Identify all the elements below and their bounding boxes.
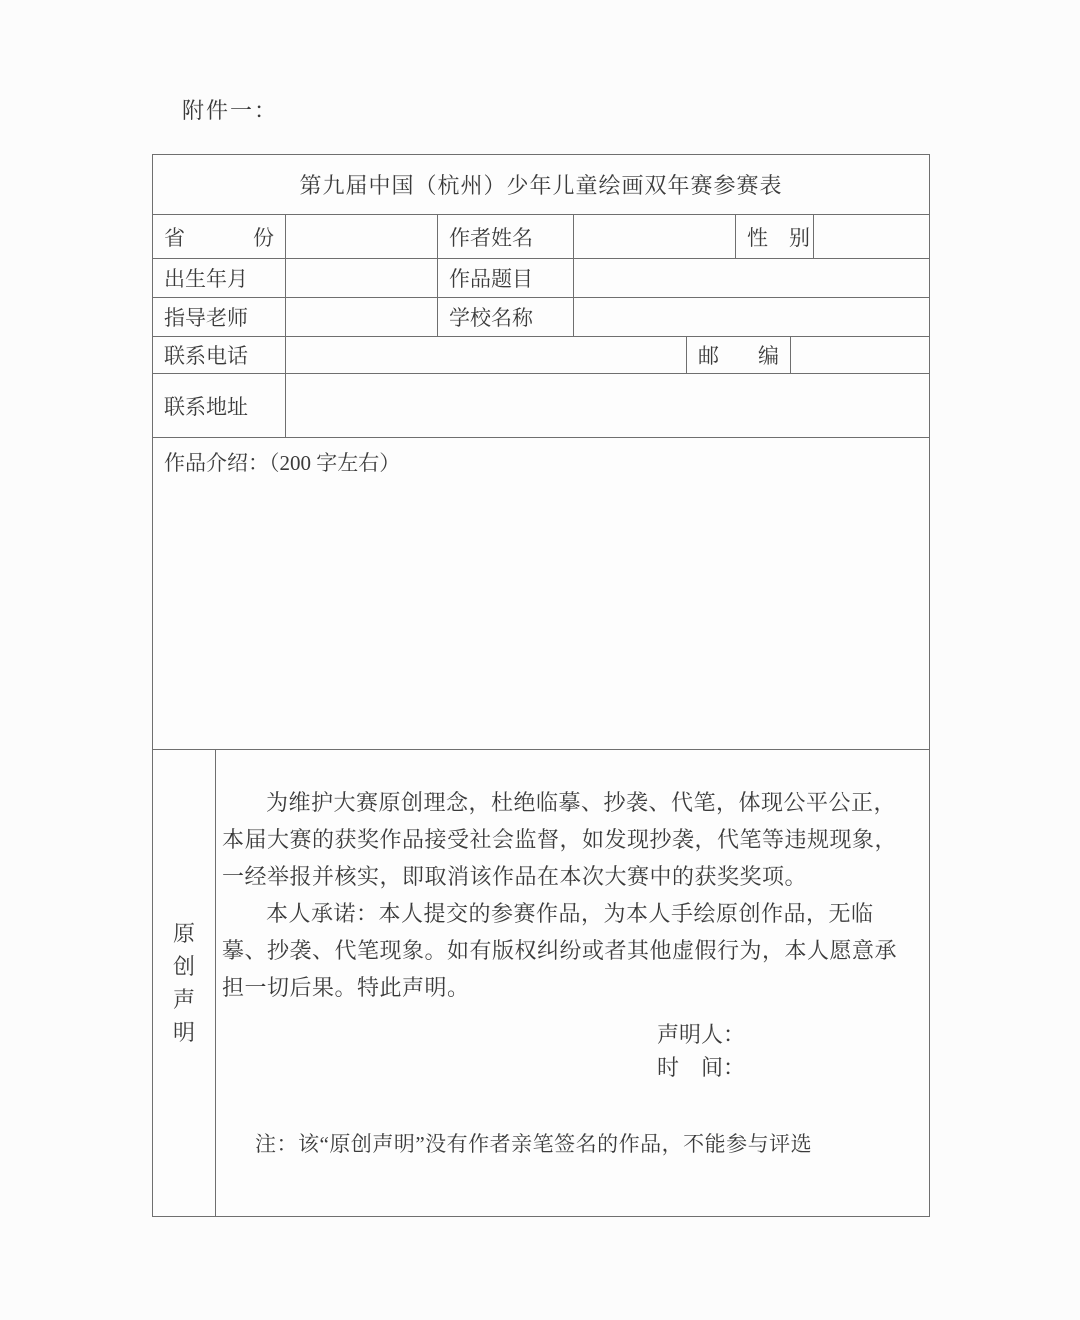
entry-form-table: 第九届中国（杭州）少年儿童绘画双年赛参赛表 省 份 作者姓名 性 别 出生年月 … [152,154,930,1217]
field-value-address[interactable] [286,374,929,437]
field-value-gender[interactable] [814,215,929,258]
row-phone-postal: 联系电话 邮 编 [153,337,929,374]
work-intro-area[interactable]: 作品介绍：（200 字左右） [153,438,929,749]
signer-label[interactable]: 声明人： [657,1018,911,1051]
field-value-postal-code[interactable] [791,337,929,373]
field-label-address: 联系地址 [153,374,286,437]
field-label-school-name: 学校名称 [438,298,574,336]
field-value-school-name[interactable] [574,298,929,336]
declaration-side-char: 声 [173,983,195,1016]
declaration-side-char: 原 [173,917,195,950]
field-value-province[interactable] [286,215,438,258]
field-label-phone: 联系电话 [153,337,286,373]
row-original-declaration: 原 创 声 明 为维护大赛原创理念，杜绝临摹、抄袭、代笔，体现公平公正，本届大赛… [153,750,929,1216]
declaration-note: 注：该“原创声明”没有作者亲笔签名的作品，不能参与评选 [255,1128,911,1158]
field-value-work-title[interactable] [574,259,929,297]
row-province-author-gender: 省 份 作者姓名 性 别 [153,215,929,259]
row-birthdate-worktitle: 出生年月 作品题目 [153,259,929,298]
field-label-author-name: 作者姓名 [438,215,574,258]
field-value-birth-date[interactable] [286,259,438,297]
field-label-postal-code: 邮 编 [687,337,791,373]
field-label-teacher: 指导老师 [153,298,286,336]
declaration-paragraph-1: 为维护大赛原创理念，杜绝临摹、抄袭、代笔，体现公平公正，本届大赛的获奖作品接受社… [222,784,911,895]
declaration-side-label: 原 创 声 明 [153,750,216,1216]
declaration-paragraph-2: 本人承诺：本人提交的参赛作品，为本人手绘原创作品，无临摹、抄袭、代笔现象。如有版… [222,895,911,1006]
field-value-author-name[interactable] [574,215,736,258]
date-label[interactable]: 时 间： [657,1051,911,1084]
row-teacher-school: 指导老师 学校名称 [153,298,929,337]
work-intro-label: 作品介绍：（200 字左右） [153,447,929,477]
form-title: 第九届中国（杭州）少年儿童绘画双年赛参赛表 [153,155,929,215]
row-address: 联系地址 [153,374,929,438]
field-value-phone[interactable] [286,337,687,373]
row-work-intro: 作品介绍：（200 字左右） [153,438,929,750]
document-page: 附件一： 第九届中国（杭州）少年儿童绘画双年赛参赛表 省 份 作者姓名 性 别 … [0,0,1080,1320]
declaration-content: 为维护大赛原创理念，杜绝临摹、抄袭、代笔，体现公平公正，本届大赛的获奖作品接受社… [216,750,929,1216]
declaration-sign-block: 声明人： 时 间： [657,1018,911,1084]
field-value-teacher[interactable] [286,298,438,336]
field-label-birth-date: 出生年月 [153,259,286,297]
declaration-side-char: 创 [173,950,195,983]
field-label-work-title: 作品题目 [438,259,574,297]
field-label-province: 省 份 [153,215,286,258]
field-label-gender: 性 别 [736,215,814,258]
attachment-label: 附件一： [182,94,278,125]
declaration-side-char: 明 [173,1016,195,1049]
